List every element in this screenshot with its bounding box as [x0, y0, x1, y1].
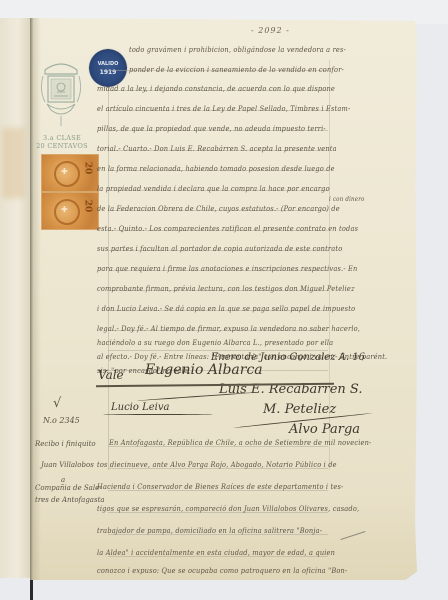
margin-note-line: Compañia de Sale-: [35, 484, 102, 492]
body-line: torial.- Cuarto.- Don Luis E. Recabárren…: [97, 144, 337, 153]
body-line: de la Federacion Obrera de Chile, cuyos …: [97, 204, 340, 213]
body-line: sus partes i facultan al portador de cop…: [97, 244, 342, 253]
body-line: i don Lucio Leiva.- Se dá copia en la qu…: [97, 304, 355, 313]
revenue-stamp-1: ✚ 20: [41, 154, 99, 192]
body-line: tigos que se espresarán, compareció don …: [97, 504, 359, 513]
body-line: En Antofagasta, República de Chile, a oc…: [109, 438, 371, 447]
embossed-revenue-seal: [39, 60, 83, 132]
margin-note-line: Recibo i finiquito: [35, 440, 96, 448]
revenue-stamp-2: ✚ 20: [41, 192, 99, 230]
body-line: todo gravámen i prohibicion, obligándose…: [129, 45, 346, 54]
margin-note-line: tres de Antofagasta: [35, 496, 105, 504]
signature-notary: Alvo Parga: [289, 422, 360, 437]
margin-note-line: Juan Villalobos: [41, 461, 94, 469]
body-line: Hacienda i Conservador de Bienes Raíces …: [97, 482, 343, 491]
body-line: para que requiera i firme las anotacione…: [97, 264, 357, 273]
body-line: ponder de la eviccion i saneamiento de l…: [129, 65, 344, 74]
signature-underline: [103, 414, 213, 415]
entry-number: N.o 2345: [43, 416, 80, 425]
page-number: - 2092 -: [251, 26, 290, 35]
body-line: comprobante firman, prévia lectura, con …: [97, 284, 355, 293]
body-line: pillas, de que la propiedad que vende, n…: [97, 124, 326, 133]
body-line: haciéndolo a su ruego don Eugenio Albarc…: [97, 338, 333, 347]
stamp-top-text: VALIDO: [89, 61, 127, 67]
signature-albarca: Eugenio Albarca: [145, 362, 263, 378]
blue-validation-stamp: VALIDO 1919: [89, 49, 127, 87]
document-page: - 2092 - 3.a CLASE 20 CENTAVOS VALIDO 19…: [33, 18, 417, 580]
body-line: esta.- Quinto.- Los comparecientes ratif…: [97, 224, 358, 233]
body-line: trabajador de pampa, domiciliado en la o…: [97, 526, 322, 535]
seal-value-label: 20 CENTAVOS: [33, 142, 91, 150]
body-line: tos diecinueve, ante Alvo Parga Rojo, Ab…: [97, 460, 337, 469]
signature-place-date: Enero de Junio Gonzalez A. 16: [211, 352, 365, 363]
stamp-value: 20: [83, 162, 93, 175]
book-binding: [30, 18, 33, 588]
paper-stain: [2, 128, 24, 198]
stamp-value: 20: [83, 200, 93, 213]
check-mark-icon: √: [53, 396, 61, 411]
body-line: en la forma relacionada, habiendo tomado…: [97, 164, 335, 173]
cross-icon: ✚: [61, 168, 68, 176]
signature-peteliez: M. Peteliez: [263, 402, 336, 417]
previous-page-edge: [0, 18, 31, 578]
body-line: la propiedad vendida i declara que la co…: [97, 184, 330, 193]
body-line: legal.- Doy fé.- Al tiempo de firmar, ex…: [97, 324, 360, 333]
cross-icon: ✚: [61, 206, 68, 214]
body-line: el artículo cincuenta i tres de la Ley d…: [97, 104, 350, 113]
body-line: la Aldea" i accidentalmente en esta ciud…: [97, 548, 335, 557]
signature-witness: Lucio Leiva: [111, 402, 169, 413]
body-line: midad a la ley, i dejando constancia, de…: [97, 84, 335, 93]
coat-of-arms-icon: [39, 60, 83, 132]
binding-clip: [30, 580, 33, 600]
body-line: conozco i expuso: Que se ocupaba como pa…: [97, 566, 347, 575]
interlinear-note: i con dinero: [329, 196, 365, 203]
margin-note-line: a: [61, 476, 65, 484]
seal-class-label: 3.a CLASE: [33, 134, 91, 142]
ruled-line: [108, 350, 328, 351]
signature-vale: Vale: [98, 368, 124, 382]
